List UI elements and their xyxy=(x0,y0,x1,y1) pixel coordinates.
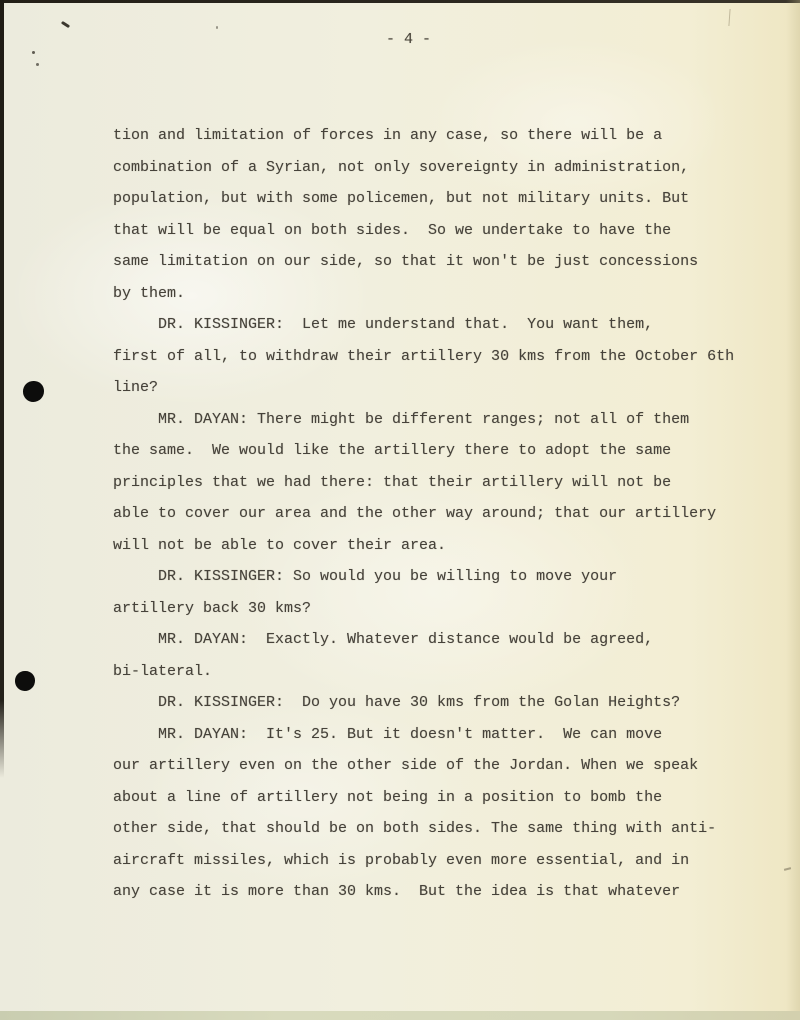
transcript-paragraph-kissinger: DR. KISSINGER: Do you have 30 kms from t… xyxy=(113,687,763,719)
transcript-paragraph-kissinger: DR. KISSINGER: Let me understand that. Y… xyxy=(113,309,763,404)
transcript-body: tion and limitation of forces in any cas… xyxy=(113,120,763,908)
transcript-paragraph-continuation: tion and limitation of forces in any cas… xyxy=(113,120,763,309)
transcript-paragraph-kissinger: DR. KISSINGER: So would you be willing t… xyxy=(113,561,763,624)
hole-punch-bottom xyxy=(15,671,35,691)
pen-tick-mark xyxy=(61,21,70,28)
ink-speck xyxy=(216,26,218,29)
scan-scratch xyxy=(728,9,730,26)
ink-speck xyxy=(36,63,39,66)
transcript-paragraph-dayan: MR. DAYAN: There might be different rang… xyxy=(113,404,763,562)
transcript-paragraph-dayan: MR. DAYAN: Exactly. Whatever distance wo… xyxy=(113,624,763,687)
ink-speck xyxy=(32,51,35,54)
scan-edge-bottom xyxy=(0,1011,800,1020)
scan-edge-left xyxy=(0,0,4,778)
hole-punch-top xyxy=(23,381,44,402)
transcript-paragraph-dayan: MR. DAYAN: It's 25. But it doesn't matte… xyxy=(113,719,763,908)
page-number: - 4 - xyxy=(386,31,431,48)
scan-edge-top xyxy=(0,0,800,3)
scanned-document-page: - 4 - tion and limitation of forces in a… xyxy=(0,0,800,1020)
